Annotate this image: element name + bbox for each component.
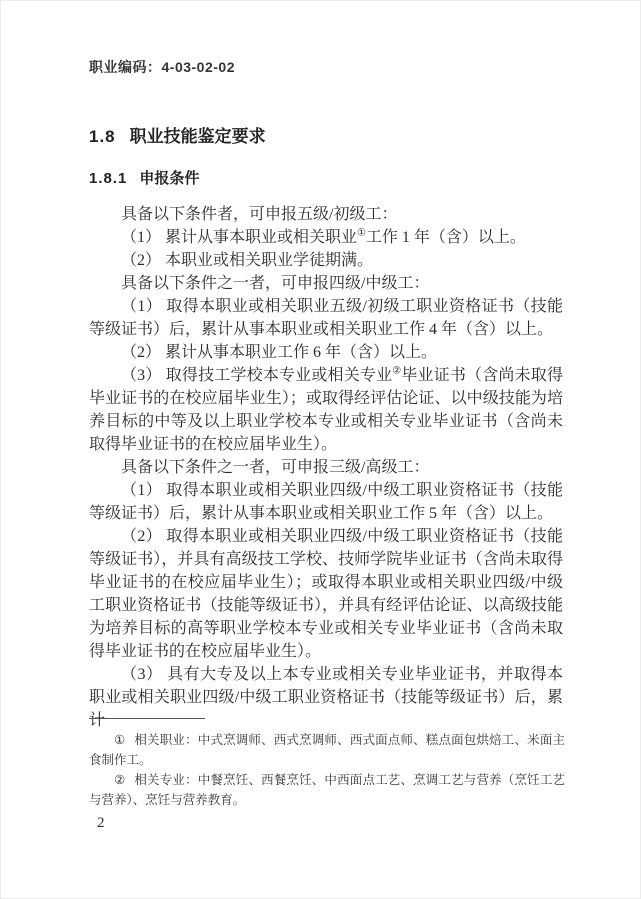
body-paragraph: （3） 具有大专及以上本专业或相关专业毕业证书，并取得本职业或相关职业四级/中级… xyxy=(89,663,563,732)
section-title: 职业技能鉴定要求 xyxy=(130,127,266,146)
page-content: 1.8职业技能鉴定要求 1.8.1申报条件 具备以下条件者，可申报五级/初级工：… xyxy=(89,127,563,732)
footnote-text: 相关专业：中餐烹饪、西餐烹饪、中西面点工艺、烹调工艺与营养（烹饪工艺与营养）、烹… xyxy=(89,773,565,807)
body-paragraph: 具备以下条件者，可申报五级/初级工： xyxy=(89,203,563,226)
subsection-number: 1.8.1 xyxy=(89,170,127,187)
body-paragraph: （1） 累计从事本职业或相关职业①工作 1 年（含）以上。 xyxy=(89,226,563,249)
page-number: 2 xyxy=(97,815,105,832)
section-number: 1.8 xyxy=(89,127,116,146)
footnotes: ①相关职业：中式烹调师、西式烹调师、西式面点师、糕点面包烘焙工、米面主食制作工。… xyxy=(89,730,565,810)
body-paragraph: （2） 取得本职业或相关职业四级/中级工职业资格证书（技能等级证书），并具有高级… xyxy=(89,525,563,663)
body-paragraph: 具备以下条件之一者，可申报三级/高级工： xyxy=(89,456,563,479)
subsection-title: 申报条件 xyxy=(139,170,199,187)
section-heading: 1.8职业技能鉴定要求 xyxy=(89,127,563,147)
body-text: 具备以下条件者，可申报五级/初级工： （1） 累计从事本职业或相关职业①工作 1… xyxy=(89,203,563,732)
body-paragraph: （1） 取得本职业或相关职业四级/中级工职业资格证书（技能等级证书）后，累计从事… xyxy=(89,479,563,525)
body-paragraph: 具备以下条件之一者，可申报四级/中级工： xyxy=(89,272,563,295)
body-paragraph: （2） 本职业或相关职业学徒期满。 xyxy=(89,249,563,272)
footnote-marker: ① xyxy=(114,733,125,747)
occupation-code: 职业编码：4-03-02-02 xyxy=(89,57,235,77)
body-paragraph: （3） 取得技工学校本专业或相关专业②毕业证书（含尚未取得毕业证书的在校应届毕业… xyxy=(89,364,563,456)
footnote: ②相关专业：中餐烹饪、西餐烹饪、中西面点工艺、烹调工艺与营养（烹饪工艺与营养）、… xyxy=(89,770,565,810)
footnote-marker: ② xyxy=(114,773,125,787)
body-paragraph: （1） 取得本职业或相关职业五级/初级工职业资格证书（技能等级证书）后，累计从事… xyxy=(89,295,563,341)
footnote-divider xyxy=(89,718,205,719)
document-page: 职业编码：4-03-02-02 1.8职业技能鉴定要求 1.8.1申报条件 具备… xyxy=(0,0,641,899)
footnote: ①相关职业：中式烹调师、西式烹调师、西式面点师、糕点面包烘焙工、米面主食制作工。 xyxy=(89,730,565,770)
footnote-text: 相关职业：中式烹调师、西式烹调师、西式面点师、糕点面包烘焙工、米面主食制作工。 xyxy=(89,733,565,767)
subsection-heading: 1.8.1申报条件 xyxy=(89,170,563,188)
body-paragraph: （2） 累计从事本职业工作 6 年（含）以上。 xyxy=(89,341,563,364)
